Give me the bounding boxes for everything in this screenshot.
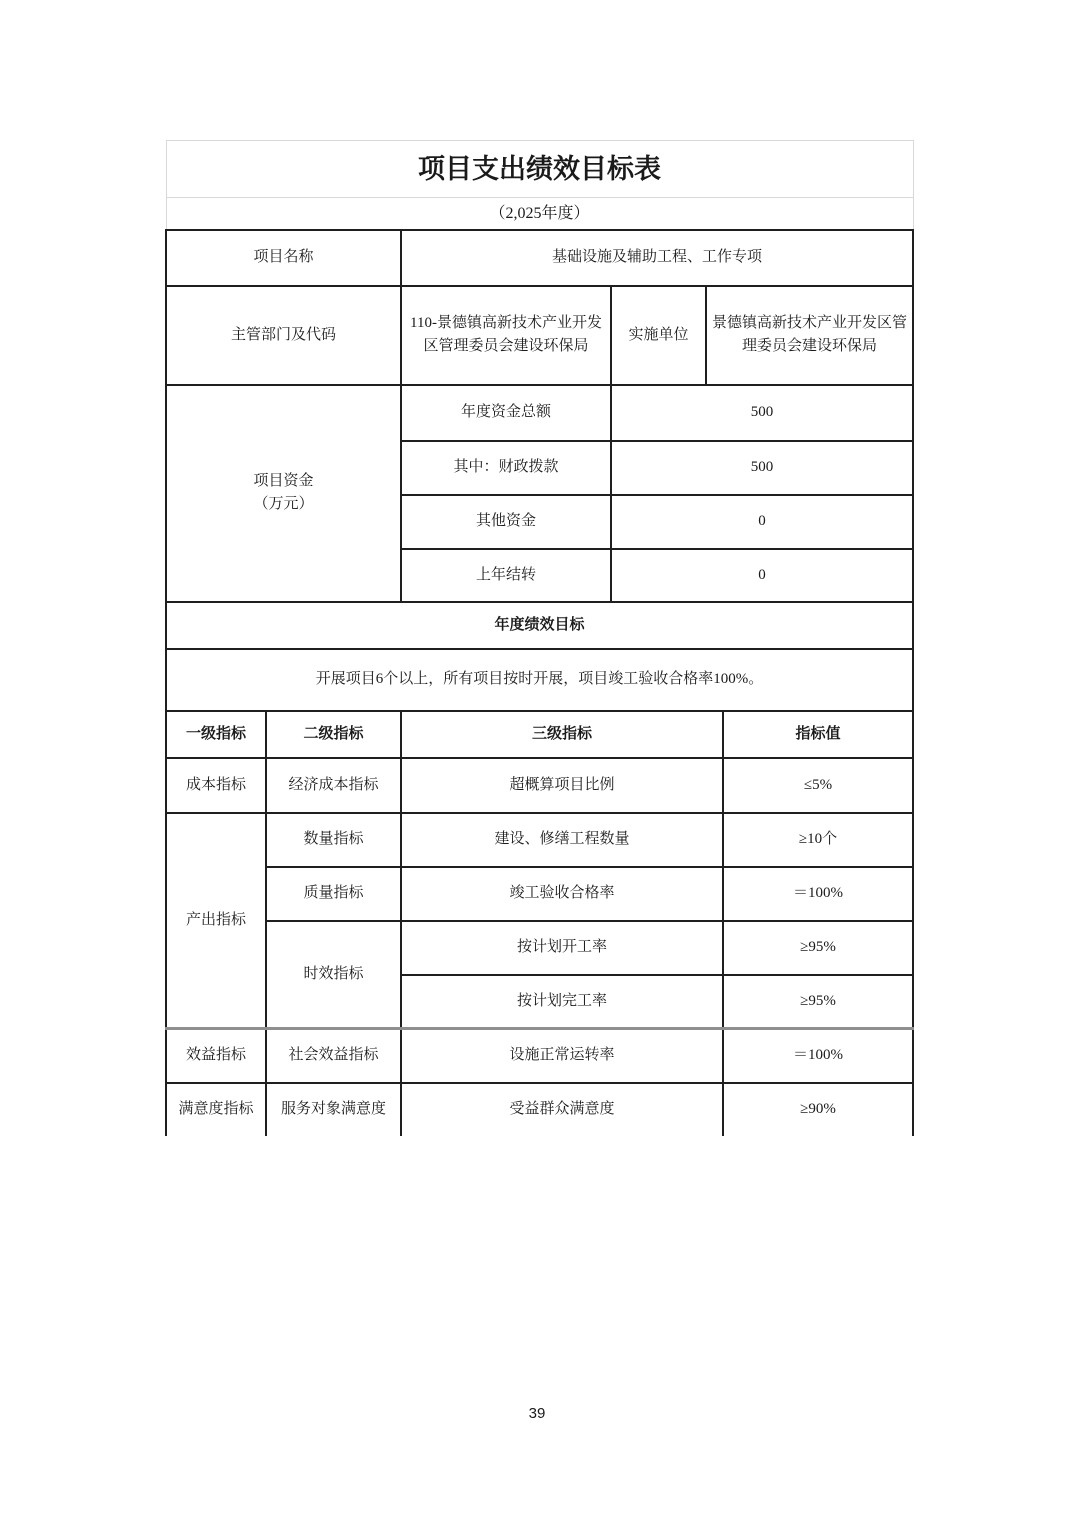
benefit-value: ＝100% — [723, 1029, 913, 1083]
funding-total-value: 500 — [611, 385, 913, 441]
benefit-l1: 效益指标 — [166, 1029, 266, 1083]
funding-label-line1: 项目资金 — [171, 470, 396, 493]
indicator-row-quantity: 产出指标 数量指标 建设、修缮工程数量 ≥10个 — [166, 813, 913, 867]
department-row: 主管部门及代码 110-景德镇高新技术产业开发区管理委员会建设环保局 实施单位 … — [166, 286, 913, 385]
finish-rate-l3: 按计划完工率 — [401, 975, 723, 1029]
indicator-row-start-rate: 时效指标 按计划开工率 ≥95% — [166, 921, 913, 975]
funding-carryover-label: 上年结转 — [401, 549, 611, 602]
subtitle-row: （2,025年度） — [166, 198, 913, 230]
page-number: 39 — [0, 1405, 1074, 1422]
funding-label-line2: （万元） — [171, 493, 396, 516]
funding-fiscal-label: 其中：财政拨款 — [401, 441, 611, 495]
indicator-row-satisfaction: 满意度指标 服务对象满意度 受益群众满意度 ≥90% — [166, 1083, 913, 1136]
table-title: 项目支出绩效目标表 — [166, 141, 913, 198]
quality-l3: 竣工验收合格率 — [401, 867, 723, 921]
funding-label: 项目资金 （万元） — [166, 385, 401, 602]
annual-target-header-row: 年度绩效目标 — [166, 602, 913, 649]
indicator-header-level1: 一级指标 — [166, 711, 266, 758]
benefit-l3: 设施正常运转率 — [401, 1029, 723, 1083]
funding-carryover-value: 0 — [611, 549, 913, 602]
document-page: 项目支出绩效目标表 （2,025年度） 项目名称 基础设施及辅助工程、工作专项 … — [0, 0, 1074, 1520]
indicator-row-benefit: 效益指标 社会效益指标 设施正常运转率 ＝100% — [166, 1029, 913, 1083]
quality-l2: 质量指标 — [266, 867, 401, 921]
indicator-header-value: 指标值 — [723, 711, 913, 758]
project-name-value: 基础设施及辅助工程、工作专项 — [401, 230, 913, 286]
funding-fiscal-value: 500 — [611, 441, 913, 495]
quantity-l3: 建设、修缮工程数量 — [401, 813, 723, 867]
start-rate-value: ≥95% — [723, 921, 913, 975]
cost-value: ≤5% — [723, 758, 913, 813]
satisfaction-l1: 满意度指标 — [166, 1083, 266, 1136]
indicator-row-quality: 质量指标 竣工验收合格率 ＝100% — [166, 867, 913, 921]
annual-target-content-row: 开展项目6个以上，所有项目按时开展，项目竣工验收合格率100%。 — [166, 649, 913, 711]
annual-target-content: 开展项目6个以上，所有项目按时开展，项目竣工验收合格率100%。 — [166, 649, 913, 711]
satisfaction-l3: 受益群众满意度 — [401, 1083, 723, 1136]
satisfaction-value: ≥90% — [723, 1083, 913, 1136]
funding-other-label: 其他资金 — [401, 495, 611, 549]
benefit-l2: 社会效益指标 — [266, 1029, 401, 1083]
title-row: 项目支出绩效目标表 — [166, 141, 913, 198]
performance-target-table: 项目支出绩效目标表 （2,025年度） 项目名称 基础设施及辅助工程、工作专项 … — [165, 140, 914, 1136]
finish-rate-value: ≥95% — [723, 975, 913, 1029]
cost-l2: 经济成本指标 — [266, 758, 401, 813]
indicator-row-cost: 成本指标 经济成本指标 超概算项目比例 ≤5% — [166, 758, 913, 813]
timeliness-l2: 时效指标 — [266, 921, 401, 1029]
start-rate-l3: 按计划开工率 — [401, 921, 723, 975]
funding-total-label: 年度资金总额 — [401, 385, 611, 441]
quantity-value: ≥10个 — [723, 813, 913, 867]
indicator-header-row: 一级指标 二级指标 三级指标 指标值 — [166, 711, 913, 758]
table-subtitle: （2,025年度） — [166, 198, 913, 230]
project-name-row: 项目名称 基础设施及辅助工程、工作专项 — [166, 230, 913, 286]
project-name-label: 项目名称 — [166, 230, 401, 286]
indicator-header-level2: 二级指标 — [266, 711, 401, 758]
annual-target-header: 年度绩效目标 — [166, 602, 913, 649]
department-value: 110-景德镇高新技术产业开发区管理委员会建设环保局 — [401, 286, 611, 385]
funding-row-total: 项目资金 （万元） 年度资金总额 500 — [166, 385, 913, 441]
cost-l1: 成本指标 — [166, 758, 266, 813]
output-l1: 产出指标 — [166, 813, 266, 1029]
quality-value: ＝100% — [723, 867, 913, 921]
impl-unit-label: 实施单位 — [611, 286, 706, 385]
cost-l3: 超概算项目比例 — [401, 758, 723, 813]
satisfaction-l2: 服务对象满意度 — [266, 1083, 401, 1136]
department-label: 主管部门及代码 — [166, 286, 401, 385]
indicator-header-level3: 三级指标 — [401, 711, 723, 758]
quantity-l2: 数量指标 — [266, 813, 401, 867]
funding-other-value: 0 — [611, 495, 913, 549]
impl-unit-value: 景德镇高新技术产业开发区管理委员会建设环保局 — [706, 286, 913, 385]
